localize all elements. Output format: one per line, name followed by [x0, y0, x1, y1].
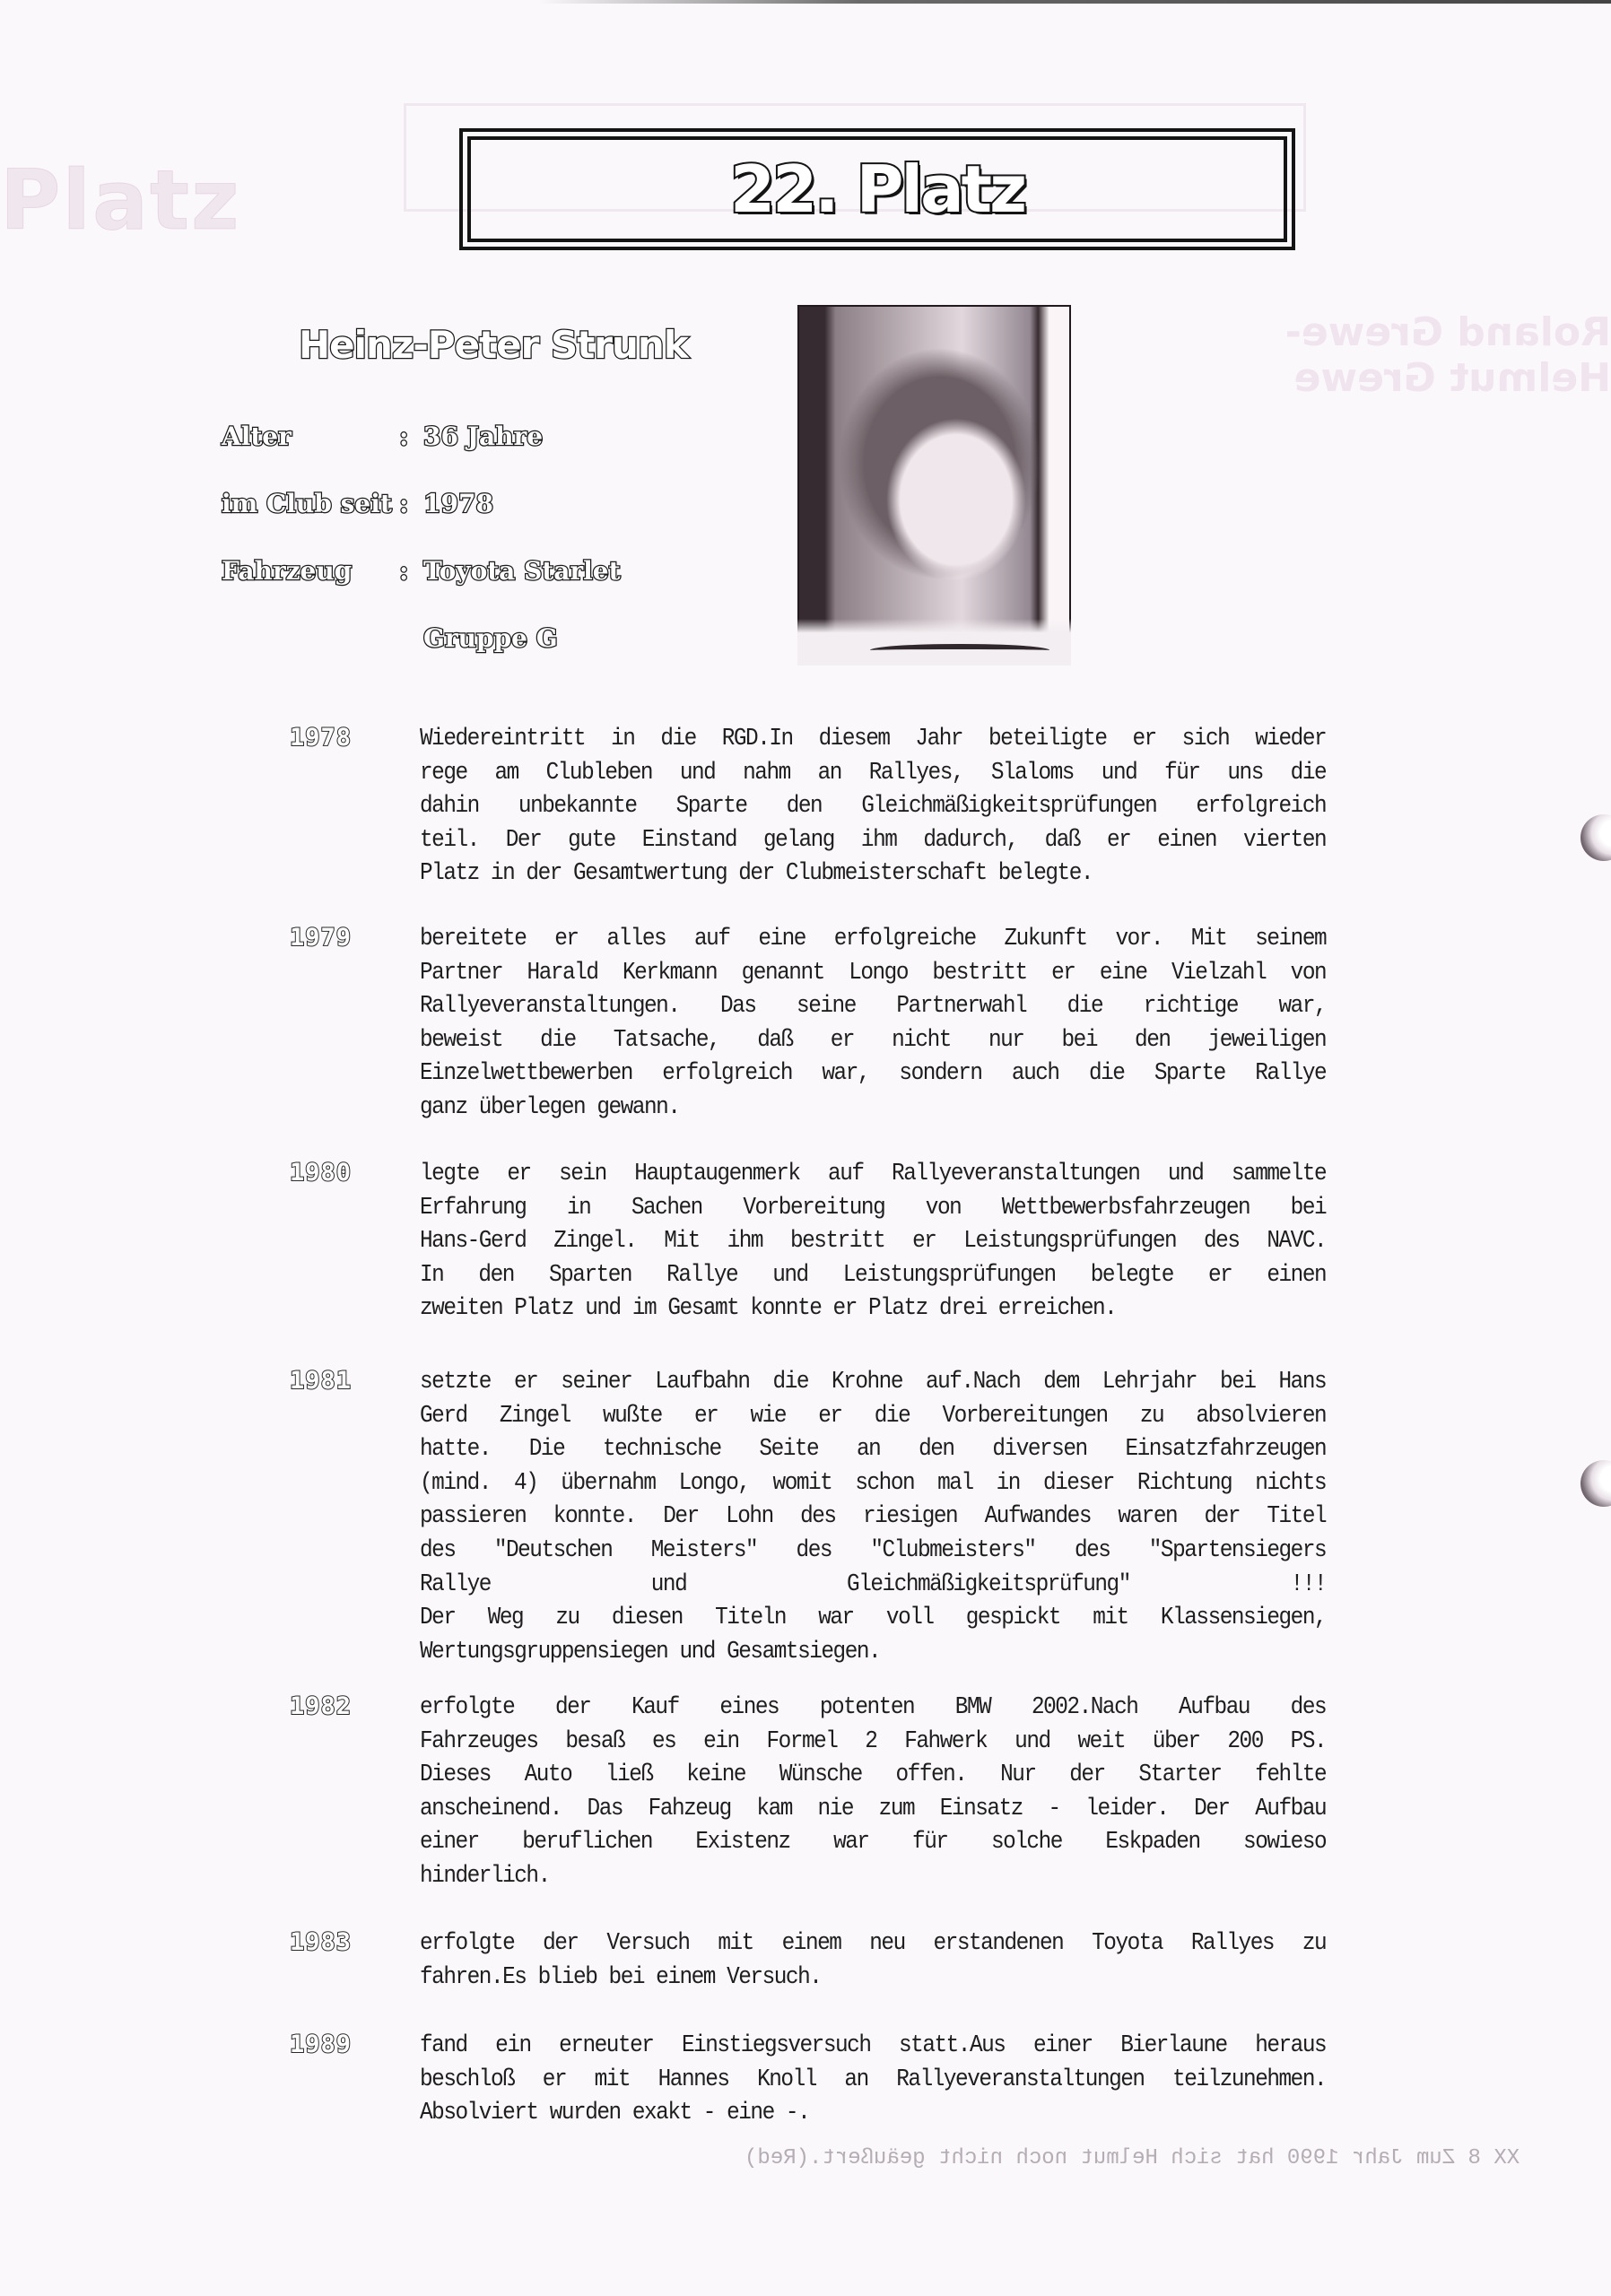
timeline-year: 1979 — [290, 924, 352, 952]
text-line: hinderlich. — [420, 1859, 1326, 1893]
punch-hole-icon — [1581, 1460, 1611, 1507]
text-line: Hans-Gerd Zingel. Mit ihm bestritt er Le… — [420, 1224, 1326, 1258]
detail-value: Gruppe G — [423, 623, 558, 653]
text-line: Dieses Auto ließ keine Wünsche offen. Nu… — [420, 1758, 1326, 1792]
placement-title: 22. Platz — [463, 152, 1292, 227]
detail-separator: : — [399, 489, 408, 518]
portrait-photo-collar-line — [870, 644, 1049, 657]
text-line: Gerd Zingel wußte er wie er die Vorberei… — [420, 1399, 1326, 1433]
text-line: Wertungsgruppensiegen und Gesamtsiegen. — [420, 1635, 1326, 1669]
text-line: Absolviert wurden exakt - eine -. — [420, 2096, 1326, 2130]
punch-hole-icon — [1581, 814, 1611, 861]
timeline-text: erfolgte der Versuch mit einem neu ersta… — [420, 1926, 1326, 1994]
detail-label: im Club seit — [222, 489, 392, 518]
text-line: dahin unbekannte Sparte den Gleichmäßigk… — [420, 789, 1326, 823]
scan-edge — [538, 0, 1611, 4]
timeline-text: setzte er seiner Laufbahn die Krohne auf… — [420, 1365, 1326, 1668]
text-line: legte er sein Hauptaugenmerk auf Rallyev… — [420, 1157, 1326, 1191]
text-line: Rallyeveranstaltungen. Das seine Partner… — [420, 989, 1326, 1023]
text-line: Erfahrung in Sachen Vorbereitung von Wet… — [420, 1191, 1326, 1225]
text-line: beweist die Tatsache, daß er nicht nur b… — [420, 1023, 1326, 1057]
text-line: teil. Der gute Einstand gelang ihm dadur… — [420, 823, 1326, 857]
text-line: (mind. 4) übernahm Longo, womit schon ma… — [420, 1466, 1326, 1500]
text-line: fahren.Es blieb bei einem Versuch. — [420, 1961, 1326, 1995]
text-line: Der Weg zu diesen Titeln war voll gespic… — [420, 1601, 1326, 1635]
bleed-through-name: Roland Grewe-Helmut Grewe — [1229, 309, 1611, 401]
text-line: Partner Harald Kerkmann genannt Longo be… — [420, 956, 1326, 990]
text-line: beschloß er mit Hannes Knoll an Rallyeve… — [420, 2063, 1326, 2097]
timeline-text: bereitete er alles auf eine erfolgreiche… — [420, 922, 1326, 1125]
detail-value: Toyota Starlet — [423, 556, 621, 586]
text-line: zweiten Platz und im Gesamt konnte er Pl… — [420, 1291, 1326, 1326]
detail-label: Fahrzeug — [222, 556, 352, 586]
text-line: des "Deutschen Meisters" des "Clubmeiste… — [420, 1534, 1326, 1568]
detail-separator: : — [399, 556, 408, 586]
text-line: ganz überlegen gewann. — [420, 1091, 1326, 1125]
text-line: passieren konnte. Der Lohn des riesigen … — [420, 1500, 1326, 1534]
text-line: bereitete er alles auf eine erfolgreiche… — [420, 922, 1326, 956]
text-line: anscheinend. Das Fahzeug kam nie zum Ein… — [420, 1792, 1326, 1826]
text-line: Wiedereintritt in die RGD.In diesem Jahr… — [420, 722, 1326, 756]
detail-value: 1978 — [423, 489, 493, 518]
timeline-year: 1980 — [290, 1159, 352, 1187]
timeline-year: 1982 — [290, 1692, 352, 1720]
detail-label: Alter — [222, 422, 292, 451]
placement-title-box: 22. Platz — [459, 128, 1295, 250]
timeline-text: fand ein erneuter Einstiegsversuch statt… — [420, 2029, 1326, 2130]
timeline-year: 1989 — [290, 2031, 352, 2058]
text-line: Fahrzeuges besaß es ein Formel 2 Fahwerk… — [420, 1725, 1326, 1759]
text-line: Einzelwettbewerben erfolgreich war, sond… — [420, 1057, 1326, 1091]
text-line: erfolgte der Kauf eines potenten BMW 200… — [420, 1691, 1326, 1725]
detail-value: 36 Jahre — [423, 422, 543, 451]
text-line: einer beruflichen Existenz war für solch… — [420, 1825, 1326, 1859]
text-line: setzte er seiner Laufbahn die Krohne auf… — [420, 1365, 1326, 1399]
bleed-through-footer: XX 8 Zum Jahr 1990 hat sich Helmut noch … — [745, 2146, 1520, 2170]
text-line: Platz in der Gesamtwertung der Clubmeist… — [420, 857, 1326, 891]
text-line: erfolgte der Versuch mit einem neu ersta… — [420, 1926, 1326, 1961]
bleed-through-title: Platz — [0, 152, 241, 248]
text-line: Rallye und Gleichmäßigkeitsprüfung" !!! — [420, 1568, 1326, 1602]
detail-separator: : — [399, 422, 408, 451]
timeline-year: 1983 — [290, 1928, 352, 1956]
timeline-text: legte er sein Hauptaugenmerk auf Rallyev… — [420, 1157, 1326, 1326]
text-line: fand ein erneuter Einstiegsversuch statt… — [420, 2029, 1326, 2063]
text-line: rege am Clubleben und nahm an Rallyes, S… — [420, 756, 1326, 790]
text-line: In den Sparten Rallye und Leistungsprüfu… — [420, 1258, 1326, 1292]
person-name: Heinz-Peter Strunk — [299, 323, 688, 367]
timeline-text: erfolgte der Kauf eines potenten BMW 200… — [420, 1691, 1326, 1893]
timeline-year: 1978 — [290, 724, 352, 752]
text-line: hatte. Die technische Seite an den diver… — [420, 1432, 1326, 1466]
timeline-year: 1981 — [290, 1367, 352, 1395]
timeline-text: Wiedereintritt in die RGD.In diesem Jahr… — [420, 722, 1326, 891]
portrait-photo — [797, 305, 1071, 665]
portrait-photo-lower — [797, 619, 1071, 665]
